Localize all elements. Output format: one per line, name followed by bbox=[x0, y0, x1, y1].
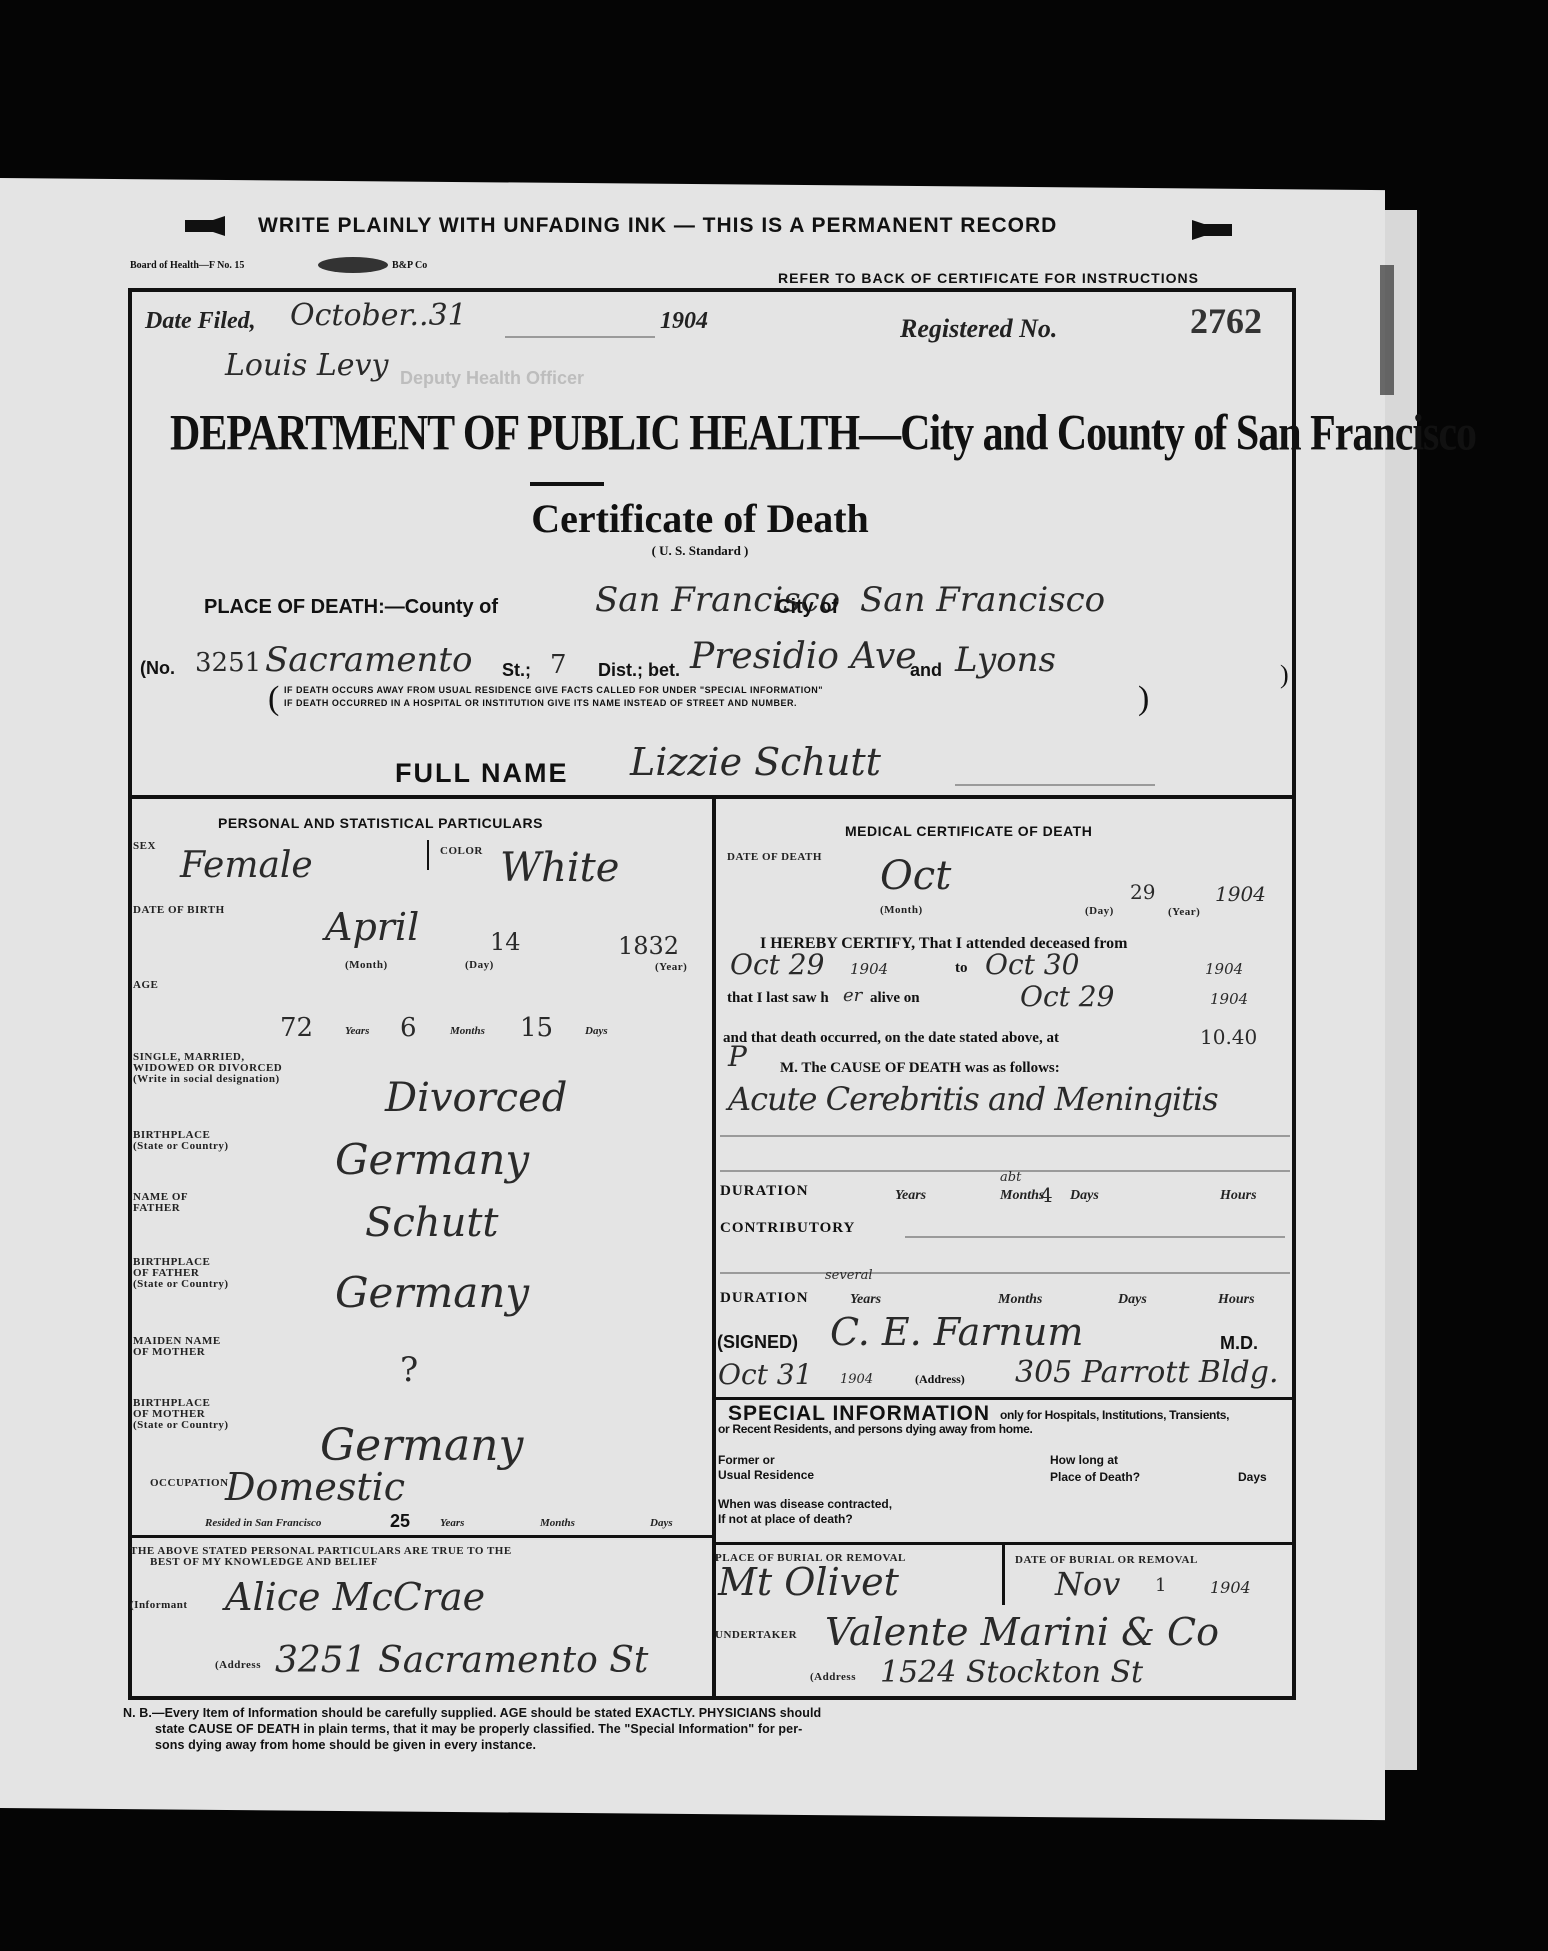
dod-day: 29 bbox=[1130, 880, 1155, 904]
resided-years-caption: Years bbox=[440, 1517, 464, 1529]
duration-abt: abt bbox=[1000, 1170, 1021, 1185]
time-of-death: 10.40 bbox=[1200, 1025, 1257, 1049]
contributory-line bbox=[905, 1236, 1285, 1238]
duration-months-label: Months bbox=[1000, 1188, 1044, 1204]
meridiem: P bbox=[728, 1040, 747, 1073]
medical-heading: MEDICAL CERTIFICATE OF DEATH bbox=[845, 823, 1092, 839]
special-divider bbox=[714, 1397, 1296, 1400]
date-filed-line bbox=[505, 336, 655, 338]
signed-date: Oct 31 bbox=[718, 1358, 812, 1391]
duration-years-label: Years bbox=[895, 1188, 926, 1204]
standard-subtitle: ( U. S. Standard ) bbox=[0, 543, 1400, 559]
officer-title: Deputy Health Officer bbox=[400, 368, 584, 389]
cause-of-death: Acute Cerebritis and Meningitis bbox=[728, 1080, 1218, 1118]
dob-year: 1832 bbox=[618, 932, 679, 960]
duration-days: 4 bbox=[1040, 1183, 1053, 1207]
dod-month-caption: (Month) bbox=[880, 905, 923, 916]
place-of-death-label: PLACE OF DEATH:—County of bbox=[204, 596, 498, 619]
informant-address-label: (Address bbox=[215, 1660, 261, 1671]
cause-text: M. The CAUSE OF DEATH was as follows: bbox=[780, 1060, 1060, 1077]
st-label: St.; bbox=[502, 660, 531, 681]
attended-from: Oct 29 bbox=[730, 948, 824, 981]
informant-address: 3251 Sacramento St bbox=[275, 1640, 648, 1681]
duration2-label: DURATION bbox=[720, 1290, 809, 1307]
resided-days-caption: Days bbox=[650, 1517, 673, 1529]
close-paren: ) bbox=[1280, 660, 1289, 690]
attended-from-year: 1904 bbox=[850, 960, 888, 978]
instructions-note: REFER TO BACK OF CERTIFICATE FOR INSTRUC… bbox=[778, 270, 1199, 286]
father-label-2: FATHER bbox=[133, 1203, 180, 1214]
residence-note-2: IF DEATH OCCURRED IN A HOSPITAL OR INSTI… bbox=[284, 698, 797, 708]
close-paren-note: ) bbox=[1138, 680, 1149, 718]
dist-between-label: Dist.; bet. bbox=[598, 660, 680, 681]
how-long-days-label: Days bbox=[1238, 1470, 1267, 1484]
city-label: City of bbox=[776, 596, 838, 619]
marital-label-3: (Write in social designation) bbox=[133, 1074, 280, 1085]
attended-to-year: 1904 bbox=[1205, 960, 1243, 978]
dob-day-caption: (Day) bbox=[465, 960, 494, 971]
cause-line-2 bbox=[720, 1135, 1290, 1137]
former-label-1: Former or bbox=[718, 1453, 775, 1467]
last-saw-label: that I last saw h bbox=[727, 990, 829, 1007]
street-name: Sacramento bbox=[265, 640, 473, 680]
contributory-line-2 bbox=[720, 1272, 1290, 1274]
physician-address: 305 Parrott Bldg. bbox=[1015, 1355, 1279, 1390]
burial-day: 1 bbox=[1155, 1575, 1166, 1596]
how-long-label-2: Place of Death? bbox=[1050, 1470, 1140, 1484]
duration2-years-label: Years bbox=[850, 1292, 881, 1308]
color-label: COLOR bbox=[440, 846, 483, 857]
contracted-label-1: When was disease contracted, bbox=[718, 1497, 892, 1511]
street-no-label: (No. bbox=[140, 658, 175, 679]
date-filed-value: October..31 bbox=[290, 298, 467, 333]
burial-place: Mt Olivet bbox=[718, 1560, 899, 1604]
undertaker-address-label: (Address bbox=[810, 1672, 856, 1683]
between-street-2: Lyons bbox=[955, 640, 1056, 680]
duration2-hours-label: Hours bbox=[1218, 1292, 1255, 1308]
death-occurred-text: and that death occurred, on the date sta… bbox=[723, 1030, 1059, 1047]
full-name-line bbox=[955, 784, 1155, 786]
resided-label: Resided in San Francisco bbox=[205, 1517, 321, 1529]
full-name-value: Lizzie Schutt bbox=[630, 740, 881, 784]
registered-label: Registered No. bbox=[900, 314, 1057, 344]
age-months: 6 bbox=[400, 1013, 417, 1043]
birthplace-value: Germany bbox=[335, 1135, 529, 1184]
mother-label-2: OF MOTHER bbox=[133, 1347, 205, 1358]
binding-mark bbox=[1380, 265, 1394, 395]
father-value: Schutt bbox=[365, 1200, 498, 1246]
officer-signature: Louis Levy bbox=[225, 348, 388, 383]
contributory-label: CONTRIBUTORY bbox=[720, 1220, 855, 1237]
footer-note-1: N. B.—Every Item of Information should b… bbox=[123, 1706, 821, 1720]
between-street-1: Presidio Ave bbox=[690, 636, 917, 677]
age-months-caption: Months bbox=[450, 1025, 485, 1037]
dob-month-caption: (Month) bbox=[345, 960, 388, 971]
informant-divider bbox=[128, 1535, 714, 1538]
street-number: 3251 bbox=[195, 648, 261, 678]
district-number: 7 bbox=[550, 650, 567, 680]
title-rule bbox=[530, 482, 604, 486]
residence-note-1: IF DEATH OCCURS AWAY FROM USUAL RESIDENC… bbox=[284, 685, 823, 695]
dod-month: Oct bbox=[880, 853, 951, 899]
undertaker-address: 1524 Stockton St bbox=[880, 1655, 1143, 1690]
undertaker-label: UNDERTAKER bbox=[715, 1630, 797, 1641]
father-bp-label-3: (State or Country) bbox=[133, 1279, 229, 1290]
age-days: 15 bbox=[520, 1013, 553, 1043]
age-days-caption: Days bbox=[585, 1025, 608, 1037]
special-heading-small: only for Hospitals, Institutions, Transi… bbox=[1000, 1408, 1229, 1422]
personal-heading: PERSONAL AND STATISTICAL PARTICULARS bbox=[218, 815, 543, 831]
signed-year: 1904 bbox=[840, 1372, 873, 1387]
dob-label: DATE OF BIRTH bbox=[133, 905, 225, 916]
occupation-label: OCCUPATION bbox=[150, 1478, 229, 1489]
dob-year-caption: (Year) bbox=[655, 962, 687, 973]
undertaker-name: Valente Marini & Co bbox=[825, 1610, 1219, 1654]
union-seal-icon bbox=[318, 257, 388, 273]
birthplace-label-2: (State or Country) bbox=[133, 1141, 229, 1152]
how-long-label-1: How long at bbox=[1050, 1453, 1118, 1467]
former-label-2: Usual Residence bbox=[718, 1468, 814, 1482]
duration-hours-label: Hours bbox=[1220, 1188, 1257, 1204]
open-paren-note: ( bbox=[268, 680, 279, 718]
mother-value: ? bbox=[400, 1350, 418, 1390]
dod-day-caption: (Day) bbox=[1085, 906, 1114, 917]
date-filed-year: 1904 bbox=[660, 308, 708, 335]
resided-months-caption: Months bbox=[540, 1517, 575, 1529]
last-saw-date: Oct 29 bbox=[1020, 980, 1114, 1013]
printer: B&P Co bbox=[392, 260, 427, 271]
signed-label: (SIGNED) bbox=[717, 1332, 798, 1353]
registered-number: 2762 bbox=[1190, 300, 1262, 342]
occupation-value: Domestic bbox=[225, 1465, 405, 1509]
informant-label: (Informant bbox=[130, 1600, 188, 1611]
burial-column-divider bbox=[1002, 1545, 1005, 1605]
duration2-days-label: Days bbox=[1118, 1292, 1147, 1308]
age-years: 72 bbox=[280, 1013, 313, 1043]
mother-bp-label-3: (State or Country) bbox=[133, 1420, 229, 1431]
informant-name: Alice McCrae bbox=[225, 1575, 485, 1619]
burial-month: Nov bbox=[1055, 1565, 1120, 1603]
dod-year-caption: (Year) bbox=[1168, 907, 1200, 918]
physician-signature: C. E. Farnum bbox=[830, 1310, 1083, 1354]
md-label: M.D. bbox=[1220, 1333, 1258, 1354]
dob-month: April bbox=[325, 905, 419, 949]
date-filed-label: Date Filed, bbox=[145, 308, 256, 335]
mother-bp-value: Germany bbox=[320, 1420, 523, 1471]
burial-year: 1904 bbox=[1210, 1578, 1251, 1597]
certificate-title: Certificate of Death bbox=[0, 495, 1400, 542]
city-value: San Francisco bbox=[860, 580, 1105, 620]
father-bp-value: Germany bbox=[335, 1268, 529, 1317]
special-heading-line2: or Recent Residents, and persons dying a… bbox=[718, 1422, 1033, 1436]
duration2-months-label: Months bbox=[998, 1292, 1042, 1308]
last-saw-year: 1904 bbox=[1210, 990, 1248, 1008]
age-label: AGE bbox=[133, 980, 158, 991]
full-name-label: FULL NAME bbox=[395, 758, 569, 789]
footer-note-2: state CAUSE OF DEATH in plain terms, tha… bbox=[155, 1722, 802, 1736]
duration-days-label: Days bbox=[1070, 1188, 1099, 1204]
color-value: White bbox=[500, 845, 619, 891]
dob-day: 14 bbox=[490, 928, 521, 956]
informant-statement-2: BEST OF MY KNOWLEDGE AND BELIEF bbox=[150, 1557, 378, 1568]
duration-label: DURATION bbox=[720, 1183, 809, 1200]
age-years-caption: Years bbox=[345, 1025, 369, 1037]
form-id: Board of Health—F No. 15 bbox=[130, 260, 244, 271]
burial-divider bbox=[714, 1542, 1296, 1545]
department-title: DEPARTMENT OF PUBLIC HEALTH—City and Cou… bbox=[170, 405, 1270, 463]
header-warning: WRITE PLAINLY WITH UNFADING INK — THIS I… bbox=[258, 214, 1057, 238]
sex-value: Female bbox=[180, 845, 313, 886]
dod-year: 1904 bbox=[1215, 882, 1266, 906]
and-label: and bbox=[910, 660, 942, 681]
resided-years: 25 bbox=[390, 1511, 410, 1532]
duration2-years: several bbox=[825, 1268, 873, 1283]
physician-address-label: (Address) bbox=[915, 1372, 965, 1387]
sex-color-divider bbox=[427, 840, 429, 870]
alive-on-label: alive on bbox=[870, 990, 920, 1007]
to-label: to bbox=[955, 960, 968, 977]
marital-value: Divorced bbox=[385, 1075, 567, 1121]
dod-label: DATE OF DEATH bbox=[727, 852, 822, 863]
footer-note-3: sons dying away from home should be give… bbox=[155, 1738, 536, 1752]
last-saw-pronoun: er bbox=[843, 985, 862, 1006]
attended-to: Oct 30 bbox=[985, 948, 1079, 981]
sex-label: SEX bbox=[133, 841, 156, 852]
column-divider bbox=[712, 795, 716, 1700]
contracted-label-2: If not at place of death? bbox=[718, 1512, 853, 1526]
